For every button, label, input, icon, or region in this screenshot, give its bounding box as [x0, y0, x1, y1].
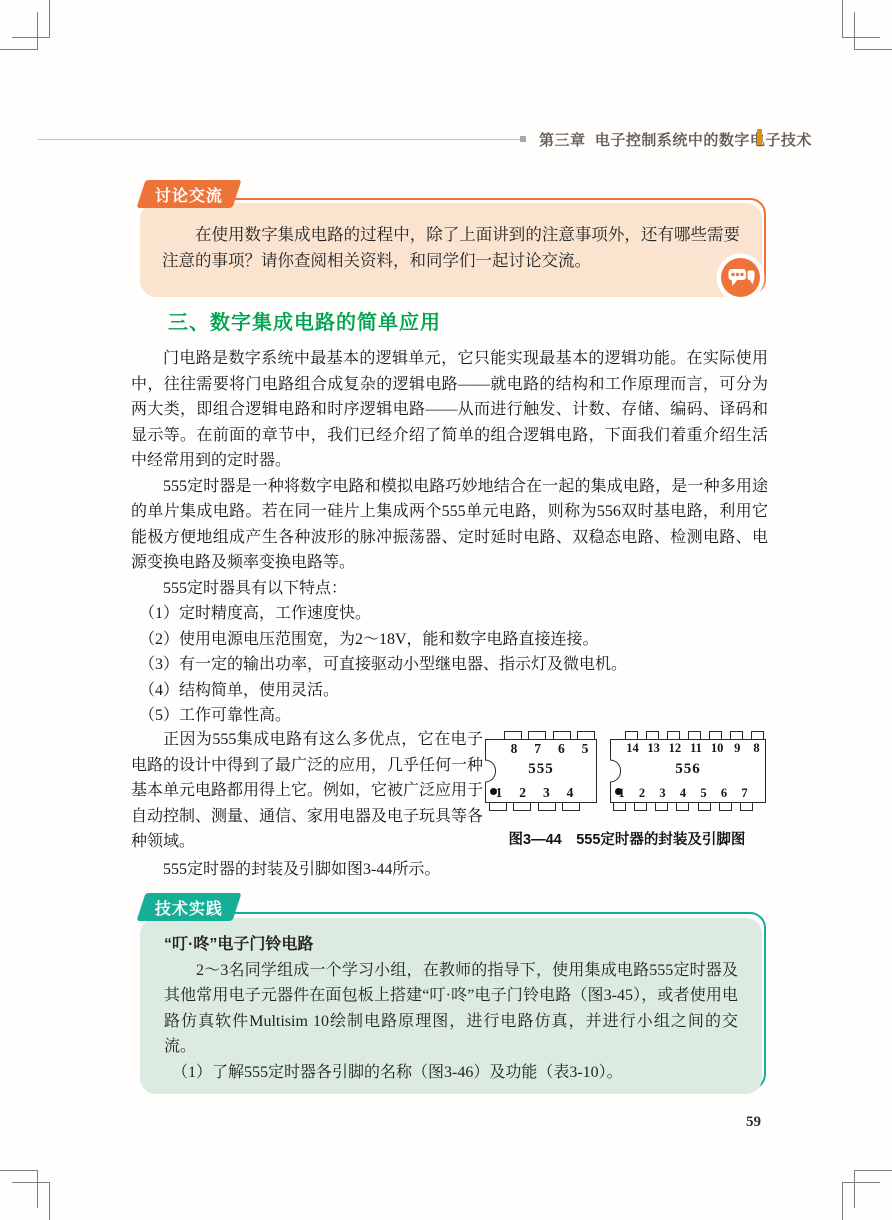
chapter-number: 第三章 [539, 132, 586, 149]
pin-number: 9 [730, 741, 745, 756]
running-header: 第三章 电子控制系统中的数字电子技术 [539, 129, 812, 150]
body-text-block: 门电路是数字系统中最基本的逻辑单元，它只能实现最基本的逻辑功能。在实际使用中，往… [131, 346, 768, 729]
pin [634, 803, 647, 811]
header-accent-bar [757, 129, 762, 145]
pin-number: 2 [635, 786, 650, 801]
pin1-dot [490, 788, 497, 795]
pin-number: 6 [552, 741, 570, 757]
crop-mark-icon [854, 1170, 892, 1208]
pin-number: 8 [749, 741, 764, 756]
pin-number: 7 [737, 786, 752, 801]
ic-556-diagram: 14 13 12 11 10 9 8 556 1 2 3 4 5 [610, 731, 766, 811]
practice-paragraph: （1）了解555定时器各引脚的名称（图3-46）及功能（表3-10）。 [164, 1060, 738, 1086]
practice-paragraph: 2～3名同学组成一个学习小组，在教师的指导下，使用集成电路555定时器及其他常用… [164, 958, 738, 1060]
ic-label: 556 [611, 761, 765, 778]
pin-number: 4 [676, 786, 691, 801]
feature-item: （2）使用电源电压范围宽，为2～18V，能和数字电路直接连接。 [131, 627, 768, 653]
textbook-page: 第三章 电子控制系统中的数字电子技术 讨论交流 在使用数字集成电路的过程中，除了… [0, 0, 892, 1220]
pin [667, 731, 680, 739]
pin-number: 2 [514, 785, 532, 801]
feature-item: （3）有一定的输出功率，可直接驱动小型继电器、指示灯及微电机。 [131, 652, 768, 678]
pin [676, 803, 689, 811]
feature-item: （4）结构简单，使用灵活。 [131, 678, 768, 704]
pin [577, 731, 595, 739]
practice-title: “叮·咚”电子门铃电路 [164, 932, 738, 958]
features-intro: 555定时器具有以下特点： [131, 576, 768, 602]
pin [698, 803, 711, 811]
figure-caption: 图3—44 555定时器的封装及引脚图 [485, 828, 769, 849]
figure-reference-paragraph: 555定时器的封装及引脚如图3-44所示。 [131, 856, 631, 879]
pin [751, 731, 764, 739]
ic-555-body: 8 7 6 5 555 1 2 3 4 [485, 739, 597, 803]
crop-mark-icon [0, 1170, 38, 1208]
pin [553, 731, 571, 739]
pin [730, 731, 743, 739]
pin-number: 3 [537, 785, 555, 801]
discussion-tab-label: 讨论交流 [155, 183, 223, 206]
ic-556-top-pins [610, 731, 766, 739]
header-rule [38, 139, 520, 140]
pin-number: 6 [717, 786, 732, 801]
ic-555-top-pins [485, 731, 597, 739]
pin [513, 803, 531, 811]
pin [489, 803, 507, 811]
practice-tab-label: 技术实践 [155, 896, 223, 919]
pin-number: 10 [709, 741, 726, 756]
chat-bubbles-icon [716, 253, 765, 302]
pin [538, 803, 556, 811]
chapter-title: 电子控制系统中的数字电子技术 [595, 132, 812, 149]
pin [613, 803, 626, 811]
practice-box: “叮·咚”电子门铃电路 2～3名同学组成一个学习小组，在教师的指导下，使用集成电… [140, 918, 762, 1094]
pin [646, 731, 659, 739]
paragraph: 门电路是数字系统中最基本的逻辑单元，它只能实现最基本的逻辑功能。在实际使用中，往… [131, 346, 768, 474]
pin [688, 731, 701, 739]
feature-item: （1）定时精度高，工作速度快。 [131, 601, 768, 627]
ic-555-bottom-pins [485, 803, 597, 811]
pin-number: 5 [576, 741, 594, 757]
pin-number: 11 [687, 741, 704, 756]
ic-label: 555 [486, 761, 596, 778]
pin-number: 8 [505, 741, 523, 757]
pin [562, 803, 580, 811]
crop-mark-icon [0, 12, 38, 50]
crop-mark-icon [854, 12, 892, 50]
advantages-paragraph: 正因为555集成电路有这么多优点，它在电子电路的设计中得到了最广泛的应用，几乎任… [131, 727, 483, 855]
pin-number: 14 [624, 741, 641, 756]
discussion-box: 在使用数字集成电路的过程中，除了上面讲到的注意事项外，还有哪些需要注意的事项？请… [140, 203, 762, 297]
header-rule-dot [520, 136, 526, 142]
pin1-dot [615, 788, 622, 795]
ic-556-bottom-pins [610, 803, 766, 811]
pin [528, 731, 546, 739]
feature-item: （5）工作可靠性高。 [131, 703, 768, 729]
pin-number: 7 [529, 741, 547, 757]
paragraph: 555定时器是一种将数字电路和模拟电路巧妙地结合在一起的集成电路，是一种多用途的… [131, 474, 768, 576]
figure-3-44: 8 7 6 5 555 1 2 3 4 [485, 731, 769, 849]
pin-number: 4 [561, 785, 579, 801]
pin [740, 803, 753, 811]
practice-tab: 技术实践 [136, 893, 241, 921]
pin-number: 12 [666, 741, 683, 756]
ic-555-diagram: 8 7 6 5 555 1 2 3 4 [485, 731, 597, 811]
pin-number: 5 [696, 786, 711, 801]
pin [709, 731, 722, 739]
pin [655, 803, 668, 811]
pin [625, 731, 638, 739]
discussion-text: 在使用数字集成电路的过程中，除了上面讲到的注意事项外，还有哪些需要注意的事项？请… [140, 203, 762, 273]
section-title: 三、数字集成电路的简单应用 [168, 306, 441, 335]
page-number: 59 [746, 1114, 761, 1131]
ic-556-body: 14 13 12 11 10 9 8 556 1 2 3 4 5 [610, 739, 766, 803]
pin [504, 731, 522, 739]
pin [719, 803, 732, 811]
pin-number: 3 [655, 786, 670, 801]
pin-number: 13 [645, 741, 662, 756]
discussion-tab: 讨论交流 [136, 180, 241, 208]
